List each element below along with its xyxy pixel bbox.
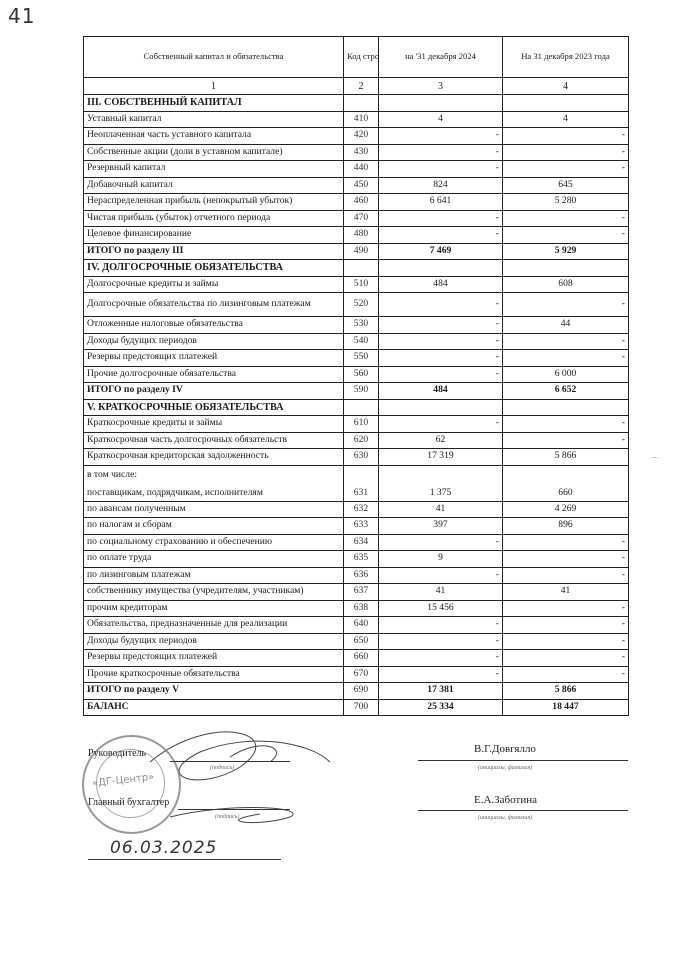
row-label: Доходы будущих периодов	[84, 633, 344, 650]
value-2023: -	[503, 333, 629, 350]
value-2024: 4	[379, 111, 503, 128]
empty-cell	[379, 95, 503, 112]
row-label: ИТОГО по разделу IV	[84, 383, 344, 400]
value-2023: 4 269	[503, 501, 629, 518]
table-row: Краткосрочная кредиторская задолженность…	[84, 449, 629, 466]
row-code: 632	[344, 501, 379, 518]
empty-cell	[344, 95, 379, 112]
row-label: Резервный капитал	[84, 161, 344, 178]
value-2023: -	[503, 161, 629, 178]
row-label: по лизинговым платежам	[84, 567, 344, 584]
row-code: 631	[344, 465, 379, 501]
director-role: Руководитель	[88, 748, 146, 759]
row-code: 640	[344, 617, 379, 634]
value-2023: 5 280	[503, 194, 629, 211]
value-2024: 41	[379, 584, 503, 601]
row-label: Чистая прибыль (убыток) отчетного период…	[84, 210, 344, 227]
value-2024: 484	[379, 383, 503, 400]
row-code: 410	[344, 111, 379, 128]
accountant-name-caption: (инициалы, фамилия)	[478, 815, 532, 821]
section-title: IV. ДОЛГОСРОЧНЫЕ ОБЯЗАТЕЛЬСТВА	[84, 260, 344, 277]
row-label: Собственные акции (доли в уставном капит…	[84, 144, 344, 161]
total-row: ИТОГО по разделу IV5904846 652	[84, 383, 629, 400]
table-header-row: Собственный капитал и обязательства Код …	[84, 37, 629, 78]
value-2023: -	[503, 128, 629, 145]
row-label: Долгосрочные кредиты и займы	[84, 276, 344, 293]
table-row: Отложенные налоговые обязательства530-44	[84, 317, 629, 334]
table-row: по авансам полученным632414 269	[84, 501, 629, 518]
row-label: ИТОГО по разделу V	[84, 683, 344, 700]
director-name: В.Г.Довгялло	[474, 743, 536, 755]
table-row: в том числе:поставщикам, подрядчикам, ис…	[84, 465, 629, 501]
header-name: Собственный капитал и обязательства	[84, 37, 344, 78]
row-code: 520	[344, 293, 379, 317]
row-code: 460	[344, 194, 379, 211]
table-row: Прочие краткосрочные обязательства670--	[84, 666, 629, 683]
value-2023: -	[503, 534, 629, 551]
value-2024: 7 469	[379, 243, 503, 260]
table-row: Прочие долгосрочные обязательства560-6 0…	[84, 366, 629, 383]
row-code: 650	[344, 633, 379, 650]
total-row: ИТОГО по разделу III4907 4695 929	[84, 243, 629, 260]
row-code: 638	[344, 600, 379, 617]
value-2023: -	[503, 650, 629, 667]
row-label: Резервы предстоящих платежей	[84, 650, 344, 667]
value-2023: 4	[503, 111, 629, 128]
value-2023: 660	[503, 465, 629, 501]
value-2024: -	[379, 650, 503, 667]
handwritten-date: 06.03.2025	[110, 838, 217, 858]
table-row: по лизинговым платежам636--	[84, 567, 629, 584]
value-2024: 62	[379, 432, 503, 449]
scan-mark-icon: ⌒	[650, 455, 659, 468]
empty-cell	[503, 95, 629, 112]
row-label: Резервы предстоящих платежей	[84, 350, 344, 367]
value-2023: 5 929	[503, 243, 629, 260]
table-body: III. СОБСТВЕННЫЙ КАПИТАЛУставный капитал…	[84, 95, 629, 716]
value-2024: 25 334	[379, 699, 503, 716]
table-row: собственнику имущества (учредителям, уча…	[84, 584, 629, 601]
value-2023: -	[503, 617, 629, 634]
table-row: Доходы будущих периодов540--	[84, 333, 629, 350]
value-2024: -	[379, 161, 503, 178]
table-row: Целевое финансирование480--	[84, 227, 629, 244]
row-label: Прочие долгосрочные обязательства	[84, 366, 344, 383]
row-code: 550	[344, 350, 379, 367]
value-2024: 397	[379, 518, 503, 535]
value-2023: 645	[503, 177, 629, 194]
value-2023: 18 447	[503, 699, 629, 716]
row-label-prefix: в том числе:	[87, 470, 340, 481]
column-numbers-row: 1 2 3 4	[84, 78, 629, 95]
row-code: 636	[344, 567, 379, 584]
value-2023: 896	[503, 518, 629, 535]
table-row: по налогам и сборам633397896	[84, 518, 629, 535]
accountant-name: Е.А.Заботина	[474, 794, 537, 806]
value-2024: -	[379, 227, 503, 244]
accountant-signature-line	[178, 809, 290, 810]
table-row: Резервный капитал440--	[84, 161, 629, 178]
row-code: 634	[344, 534, 379, 551]
value-2023: 44	[503, 317, 629, 334]
value-2024: -	[379, 567, 503, 584]
value-2023: -	[503, 633, 629, 650]
table-row: прочим кредиторам63815 456-	[84, 600, 629, 617]
row-code: 450	[344, 177, 379, 194]
value-2024: 15 456	[379, 600, 503, 617]
row-code: 560	[344, 366, 379, 383]
value-2024: -	[379, 416, 503, 433]
table-row: Доходы будущих периодов650--	[84, 633, 629, 650]
table-row: по оплате труда6359-	[84, 551, 629, 568]
table-row: Чистая прибыль (убыток) отчетного период…	[84, 210, 629, 227]
handwritten-page-number: 41	[8, 4, 35, 28]
row-code: 660	[344, 650, 379, 667]
row-label: в том числе:поставщикам, подрядчикам, ис…	[84, 465, 344, 501]
section-title: V. КРАТКОСРОЧНЫЕ ОБЯЗАТЕЛЬСТВА	[84, 399, 344, 416]
section-header-row: III. СОБСТВЕННЫЙ КАПИТАЛ	[84, 95, 629, 112]
empty-cell	[344, 260, 379, 277]
section-title: III. СОБСТВЕННЫЙ КАПИТАЛ	[84, 95, 344, 112]
column-number: 3	[379, 78, 503, 95]
row-label: Добавочный капитал	[84, 177, 344, 194]
row-code: 633	[344, 518, 379, 535]
value-2024: -	[379, 333, 503, 350]
table-row: Краткосрочные кредиты и займы610--	[84, 416, 629, 433]
table-row: Уставный капитал41044	[84, 111, 629, 128]
row-label: прочим кредиторам	[84, 600, 344, 617]
row-label: Краткосрочная кредиторская задолженность	[84, 449, 344, 466]
value-2023: 5 866	[503, 449, 629, 466]
row-code: 670	[344, 666, 379, 683]
value-2024: -	[379, 366, 503, 383]
value-2024: -	[379, 534, 503, 551]
header-2024: на '31 декабря 2024	[379, 37, 503, 78]
row-label: Целевое финансирование	[84, 227, 344, 244]
director-name-caption: (инициалы, фамилия)	[478, 765, 532, 771]
director-signature-caption: (подпись)	[210, 765, 234, 771]
empty-cell	[503, 399, 629, 416]
row-code: 630	[344, 449, 379, 466]
row-label: по авансам полученным	[84, 501, 344, 518]
value-2024: -	[379, 293, 503, 317]
row-label: БАЛАНС	[84, 699, 344, 716]
value-2024: 17 381	[379, 683, 503, 700]
table-row: Собственные акции (доли в уставном капит…	[84, 144, 629, 161]
row-label: по налогам и сборам	[84, 518, 344, 535]
value-2023: -	[503, 227, 629, 244]
section-header-row: IV. ДОЛГОСРОЧНЫЕ ОБЯЗАТЕЛЬСТВА	[84, 260, 629, 277]
table-row: Краткосрочная часть долгосрочных обязате…	[84, 432, 629, 449]
table-row: Неоплаченная часть уставного капитала420…	[84, 128, 629, 145]
row-code: 540	[344, 333, 379, 350]
header-2023: На 31 декабря 2023 года	[503, 37, 629, 78]
row-label: Уставный капитал	[84, 111, 344, 128]
row-label: Краткосрочная часть долгосрочных обязате…	[84, 432, 344, 449]
row-label: Отложенные налоговые обязательства	[84, 317, 344, 334]
balance-sheet-table: Собственный капитал и обязательства Код …	[83, 36, 629, 716]
table-row: Обязательства, предназначенные для реали…	[84, 617, 629, 634]
table-row: Долгосрочные обязательства по лизинговым…	[84, 293, 629, 317]
row-code: 637	[344, 584, 379, 601]
value-2024: 17 319	[379, 449, 503, 466]
value-2024: 41	[379, 501, 503, 518]
value-2024: -	[379, 617, 503, 634]
value-2023: -	[503, 293, 629, 317]
row-code: 590	[344, 383, 379, 400]
row-label: Неоплаченная часть уставного капитала	[84, 128, 344, 145]
column-number: 4	[503, 78, 629, 95]
row-code: 490	[344, 243, 379, 260]
value-2024: 484	[379, 276, 503, 293]
empty-cell	[503, 260, 629, 277]
row-label: Прочие краткосрочные обязательства	[84, 666, 344, 683]
row-label: собственнику имущества (учредителям, уча…	[84, 584, 344, 601]
table-row: Добавочный капитал450824645	[84, 177, 629, 194]
value-2023: 608	[503, 276, 629, 293]
table-row: Резервы предстоящих платежей550--	[84, 350, 629, 367]
row-code: 440	[344, 161, 379, 178]
table-row: Резервы предстоящих платежей660--	[84, 650, 629, 667]
column-number: 1	[84, 78, 344, 95]
row-label: по оплате труда	[84, 551, 344, 568]
total-row: БАЛАНС70025 33418 447	[84, 699, 629, 716]
director-name-line	[418, 760, 628, 761]
accountant-name-line	[418, 810, 628, 811]
value-2024: -	[379, 317, 503, 334]
row-code: 620	[344, 432, 379, 449]
value-2023: 6 652	[503, 383, 629, 400]
value-2023: 41	[503, 584, 629, 601]
empty-cell	[344, 399, 379, 416]
row-code: 635	[344, 551, 379, 568]
value-2024: -	[379, 633, 503, 650]
table-row: Нераспределенная прибыль (непокрытый убы…	[84, 194, 629, 211]
row-label: Доходы будущих периодов	[84, 333, 344, 350]
value-2024: 6 641	[379, 194, 503, 211]
section-header-row: V. КРАТКОСРОЧНЫЕ ОБЯЗАТЕЛЬСТВА	[84, 399, 629, 416]
director-signature-line	[170, 761, 290, 762]
value-2024: 9	[379, 551, 503, 568]
value-2024: 1 375	[379, 465, 503, 501]
value-2024: -	[379, 666, 503, 683]
value-2024: -	[379, 144, 503, 161]
value-2023: -	[503, 600, 629, 617]
value-2024: 824	[379, 177, 503, 194]
row-code: 700	[344, 699, 379, 716]
value-2023: -	[503, 432, 629, 449]
row-code: 510	[344, 276, 379, 293]
value-2023: 6 000	[503, 366, 629, 383]
row-label-text: поставщикам, подрядчикам, исполнителям	[87, 488, 340, 499]
table-row: по социальному страхованию и обеспечению…	[84, 534, 629, 551]
value-2023: -	[503, 350, 629, 367]
row-label: по социальному страхованию и обеспечению	[84, 534, 344, 551]
row-code: 690	[344, 683, 379, 700]
value-2024: -	[379, 350, 503, 367]
column-number: 2	[344, 78, 379, 95]
value-2023: -	[503, 567, 629, 584]
value-2024: -	[379, 128, 503, 145]
accountant-signature-caption: (подпись)	[215, 814, 239, 820]
row-code: 480	[344, 227, 379, 244]
value-2023: -	[503, 551, 629, 568]
table-row: Долгосрочные кредиты и займы510484608	[84, 276, 629, 293]
value-2023: -	[503, 666, 629, 683]
row-label: ИТОГО по разделу III	[84, 243, 344, 260]
accountant-role: Главный бухгалтер	[88, 797, 169, 808]
header-code: Код строки	[344, 37, 379, 78]
total-row: ИТОГО по разделу V69017 3815 866	[84, 683, 629, 700]
row-label: Краткосрочные кредиты и займы	[84, 416, 344, 433]
empty-cell	[379, 399, 503, 416]
row-label: Долгосрочные обязательства по лизинговым…	[84, 293, 344, 317]
empty-cell	[379, 260, 503, 277]
row-code: 470	[344, 210, 379, 227]
row-code: 530	[344, 317, 379, 334]
row-label: Нераспределенная прибыль (непокрытый убы…	[84, 194, 344, 211]
row-code: 420	[344, 128, 379, 145]
date-line	[88, 859, 281, 860]
value-2024: -	[379, 210, 503, 227]
value-2023: -	[503, 144, 629, 161]
row-code: 610	[344, 416, 379, 433]
row-label: Обязательства, предназначенные для реали…	[84, 617, 344, 634]
value-2023: 5 866	[503, 683, 629, 700]
value-2023: -	[503, 416, 629, 433]
value-2023: -	[503, 210, 629, 227]
row-code: 430	[344, 144, 379, 161]
